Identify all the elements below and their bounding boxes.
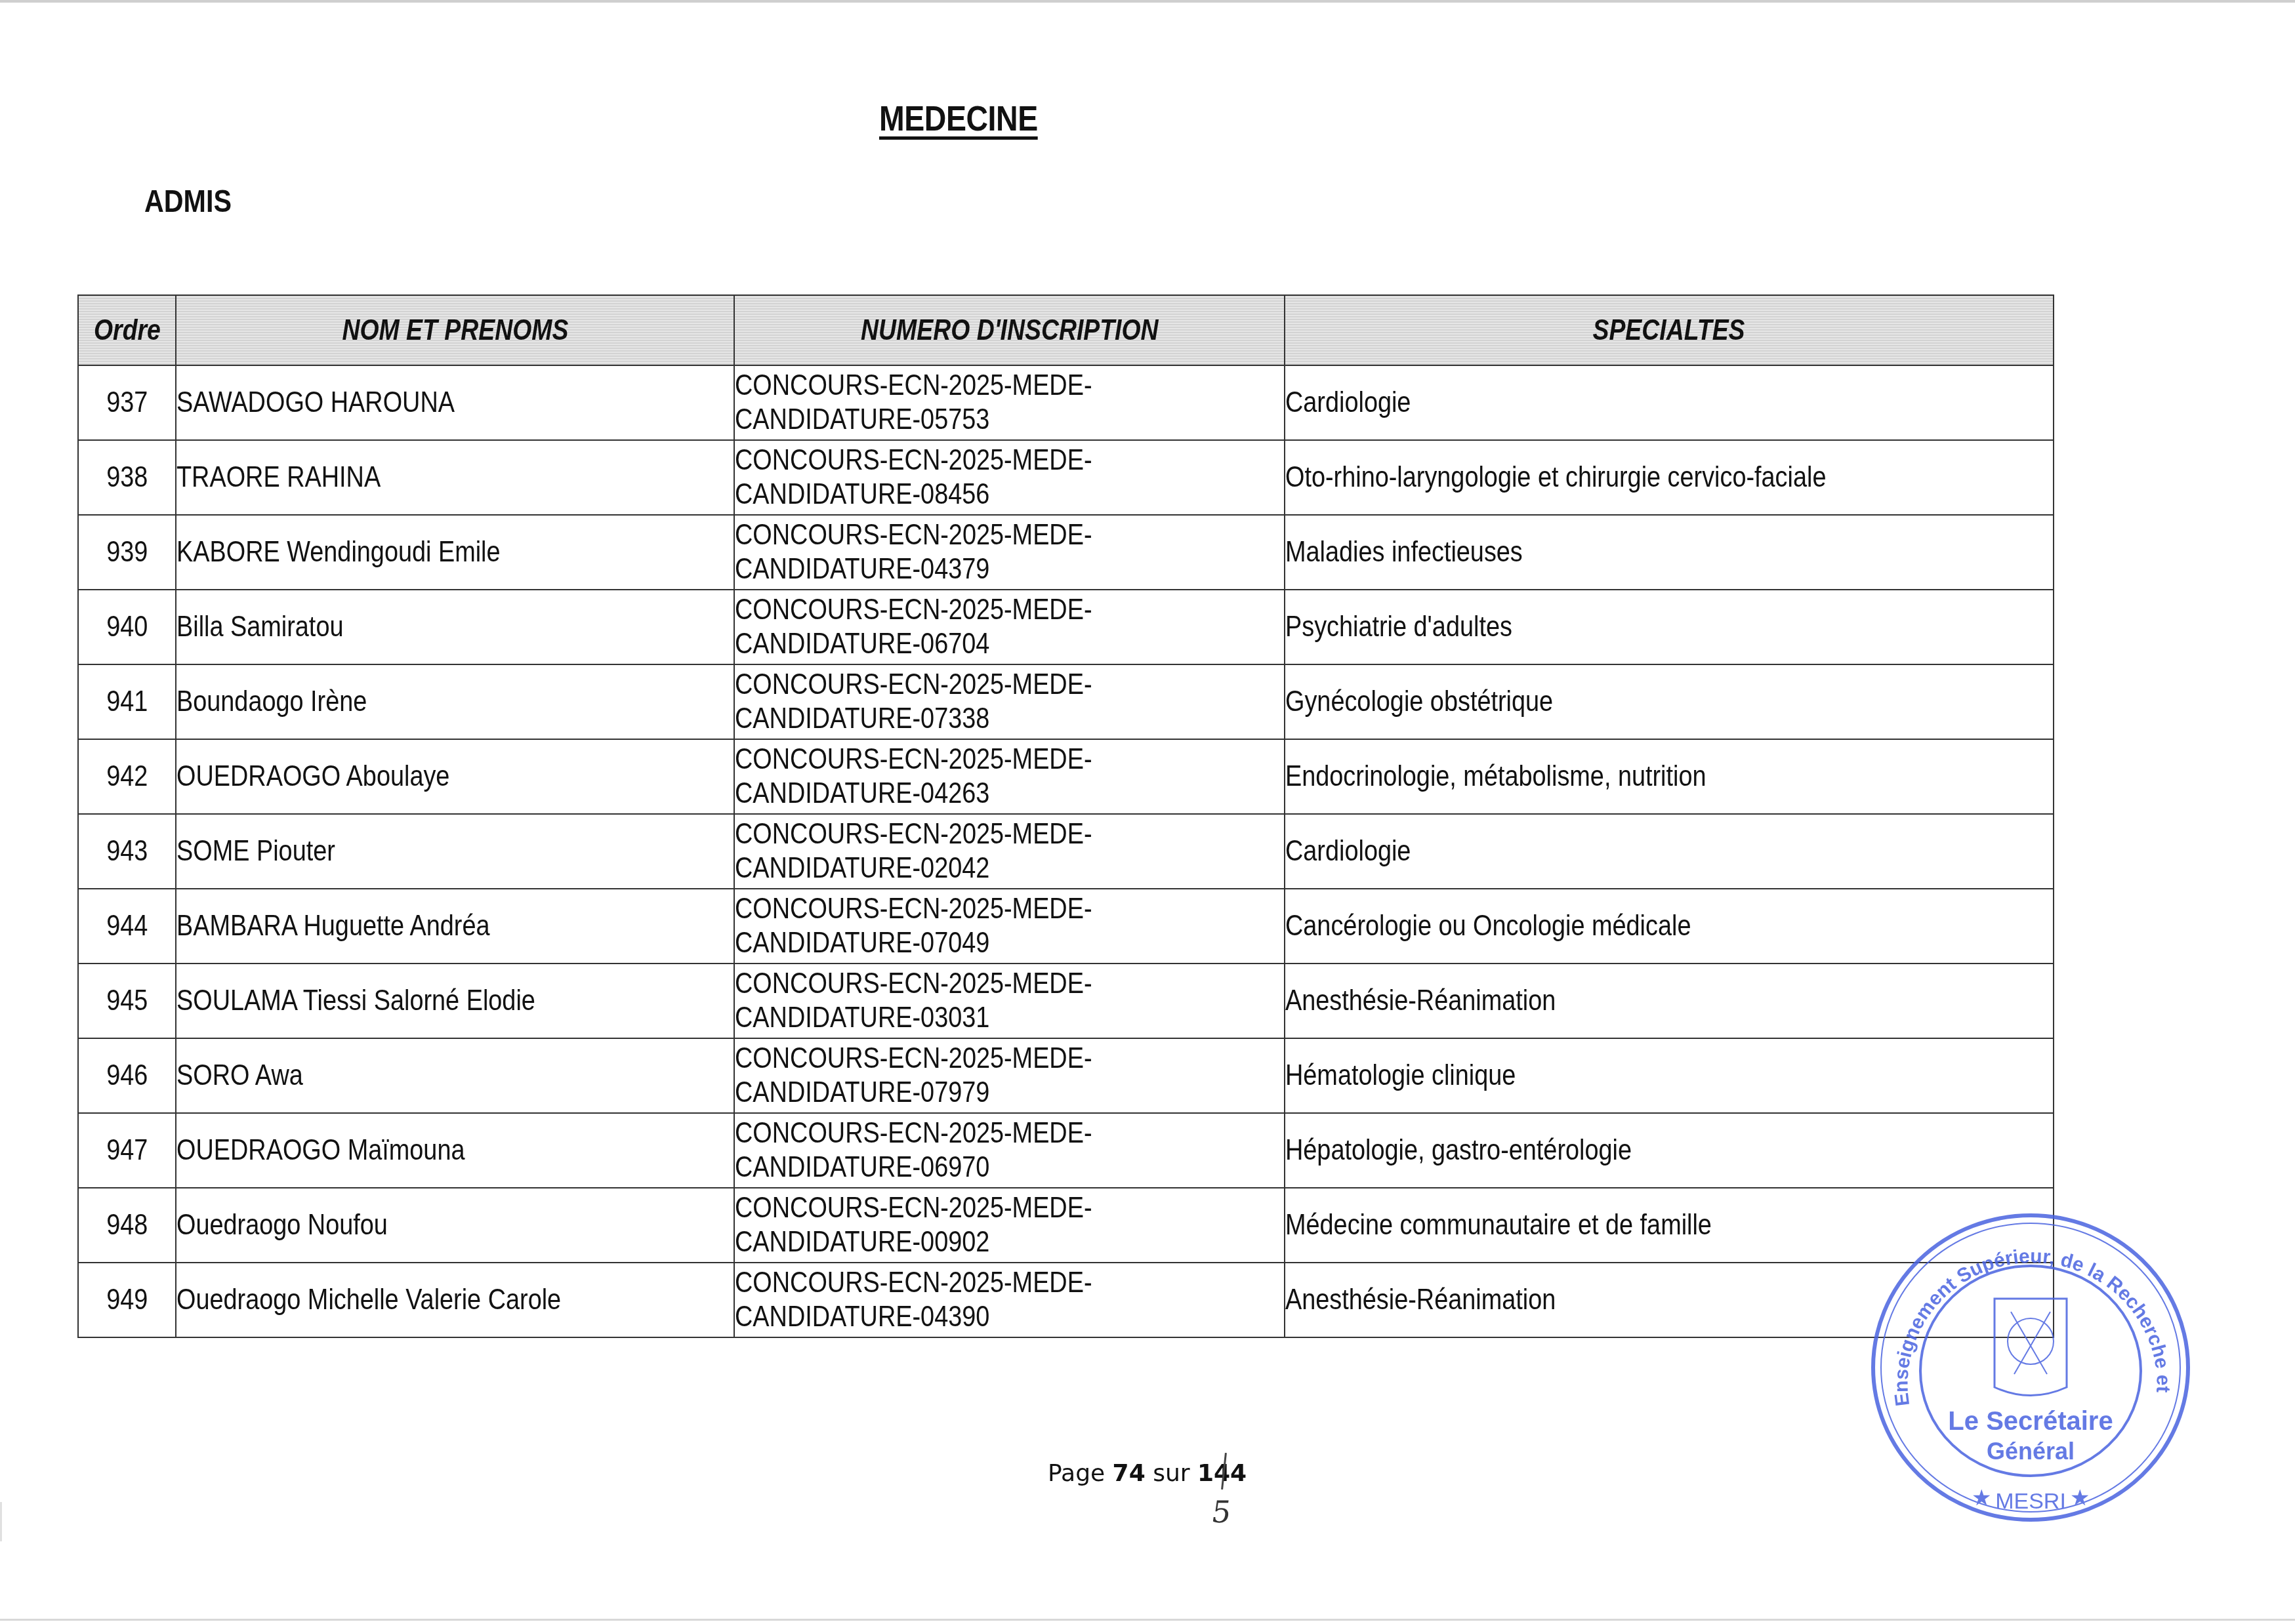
- cell-numero: CONCOURS-ECN-2025-MEDE-CANDIDATURE-04263: [734, 739, 1285, 814]
- cell-numero: CONCOURS-ECN-2025-MEDE-CANDIDATURE-00902: [734, 1188, 1285, 1263]
- scan-top-edge: [0, 0, 2295, 3]
- cell-specialite: Psychiatrie d'adultes: [1285, 590, 2054, 664]
- cell-nom: OUEDRAOGO Maïmouna: [176, 1113, 734, 1188]
- cell-specialite: Hépatologie, gastro-entérologie: [1285, 1113, 2054, 1188]
- cell-nom: BAMBARA Huguette Andréa: [176, 889, 734, 964]
- cell-nom: SORO Awa: [176, 1038, 734, 1113]
- cell-ordre: 942: [78, 739, 176, 814]
- cell-specialite: Cancérologie ou Oncologie médicale: [1285, 889, 2054, 964]
- table-row: 947OUEDRAOGO MaïmounaCONCOURS-ECN-2025-M…: [78, 1113, 2054, 1188]
- official-stamp-icon: Ministère de l'Enseignement Supérieur, d…: [1863, 1207, 2198, 1528]
- cell-numero: CONCOURS-ECN-2025-MEDE-CANDIDATURE-02042: [734, 814, 1285, 889]
- svg-text:★: ★: [2070, 1486, 2090, 1511]
- table-row: 944BAMBARA Huguette AndréaCONCOURS-ECN-2…: [78, 889, 2054, 964]
- cell-specialite: Cardiologie: [1285, 814, 2054, 889]
- cell-specialite: Hématologie clinique: [1285, 1038, 2054, 1113]
- svg-text:Le Secrétaire: Le Secrétaire: [1948, 1407, 2113, 1436]
- scan-left-mark: [0, 1502, 2, 1541]
- cell-numero: CONCOURS-ECN-2025-MEDE-CANDIDATURE-06970: [734, 1113, 1285, 1188]
- cell-numero: CONCOURS-ECN-2025-MEDE-CANDIDATURE-04379: [734, 515, 1285, 590]
- cell-specialite: Maladies infectieuses: [1285, 515, 2054, 590]
- cell-nom: OUEDRAOGO Aboulaye: [176, 739, 734, 814]
- cell-numero: CONCOURS-ECN-2025-MEDE-CANDIDATURE-07979: [734, 1038, 1285, 1113]
- table-row: 937SAWADOGO HAROUNACONCOURS-ECN-2025-MED…: [78, 365, 2054, 440]
- cell-specialite: Anesthésie-Réanimation: [1285, 964, 2054, 1038]
- results-table: Ordre NOM ET PRENOMS NUMERO D'INSCRIPTIO…: [77, 294, 2054, 1338]
- cell-ordre: 948: [78, 1188, 176, 1263]
- cell-ordre: 937: [78, 365, 176, 440]
- table-row: 945SOULAMA Tiessi Salorné ElodieCONCOURS…: [78, 964, 2054, 1038]
- table-row: 941Boundaogo IrèneCONCOURS-ECN-2025-MEDE…: [78, 664, 2054, 739]
- cell-ordre: 941: [78, 664, 176, 739]
- page-number: Page 74 sur 144: [1048, 1460, 1247, 1487]
- document-title: MEDECINE: [879, 98, 1038, 139]
- cell-nom: TRAORE RAHINA: [176, 440, 734, 515]
- table-body: 937SAWADOGO HAROUNACONCOURS-ECN-2025-MED…: [78, 365, 2054, 1337]
- header-nom: NOM ET PRENOMS: [176, 295, 734, 365]
- cell-ordre: 940: [78, 590, 176, 664]
- cell-nom: KABORE Wendingoudi Emile: [176, 515, 734, 590]
- table-header-row: Ordre NOM ET PRENOMS NUMERO D'INSCRIPTIO…: [78, 295, 2054, 365]
- cell-ordre: 945: [78, 964, 176, 1038]
- cell-numero: CONCOURS-ECN-2025-MEDE-CANDIDATURE-06704: [734, 590, 1285, 664]
- cell-ordre: 949: [78, 1263, 176, 1337]
- header-numero: NUMERO D'INSCRIPTION: [734, 295, 1285, 365]
- cell-numero: CONCOURS-ECN-2025-MEDE-CANDIDATURE-08456: [734, 440, 1285, 515]
- scan-bottom-edge: [0, 1619, 2295, 1621]
- svg-text:MESRI: MESRI: [1995, 1489, 2066, 1514]
- cell-nom: SOULAMA Tiessi Salorné Elodie: [176, 964, 734, 1038]
- cell-ordre: 946: [78, 1038, 176, 1113]
- svg-text:★: ★: [1972, 1486, 1991, 1511]
- svg-text:Général: Général: [1987, 1438, 2075, 1465]
- cell-specialite: Cardiologie: [1285, 365, 2054, 440]
- table-row: 942OUEDRAOGO AboulayeCONCOURS-ECN-2025-M…: [78, 739, 2054, 814]
- svg-text:Ministère de l'Enseignement Su: Ministère de l'Enseignement Supérieur, d…: [1863, 1207, 2174, 1408]
- cell-nom: SAWADOGO HAROUNA: [176, 365, 734, 440]
- table-row: 940Billa SamiratouCONCOURS-ECN-2025-MEDE…: [78, 590, 2054, 664]
- table-row: 949Ouedraogo Michelle Valerie CaroleCONC…: [78, 1263, 2054, 1337]
- cell-ordre: 944: [78, 889, 176, 964]
- header-specialites: SPECIALTES: [1285, 295, 2054, 365]
- cell-numero: CONCOURS-ECN-2025-MEDE-CANDIDATURE-03031: [734, 964, 1285, 1038]
- cell-specialite: Endocrinologie, métabolisme, nutrition: [1285, 739, 2054, 814]
- cell-nom: Boundaogo Irène: [176, 664, 734, 739]
- cell-specialite: Oto-rhino-laryngologie et chirurgie cerv…: [1285, 440, 2054, 515]
- table-row: 943SOME PiouterCONCOURS-ECN-2025-MEDE-CA…: [78, 814, 2054, 889]
- cell-numero: CONCOURS-ECN-2025-MEDE-CANDIDATURE-05753: [734, 365, 1285, 440]
- section-label: ADMIS: [144, 184, 232, 220]
- handwritten-correction: 5: [1209, 1494, 1233, 1530]
- cell-numero: CONCOURS-ECN-2025-MEDE-CANDIDATURE-07338: [734, 664, 1285, 739]
- cell-ordre: 947: [78, 1113, 176, 1188]
- table-row: 948Ouedraogo NoufouCONCOURS-ECN-2025-MED…: [78, 1188, 2054, 1263]
- cell-numero: CONCOURS-ECN-2025-MEDE-CANDIDATURE-04390: [734, 1263, 1285, 1337]
- cell-nom: Ouedraogo Noufou: [176, 1188, 734, 1263]
- cell-ordre: 943: [78, 814, 176, 889]
- table-row: 939KABORE Wendingoudi EmileCONCOURS-ECN-…: [78, 515, 2054, 590]
- table-row: 946SORO AwaCONCOURS-ECN-2025-MEDE-CANDID…: [78, 1038, 2054, 1113]
- cell-specialite: Gynécologie obstétrique: [1285, 664, 2054, 739]
- cell-ordre: 939: [78, 515, 176, 590]
- cell-nom: Billa Samiratou: [176, 590, 734, 664]
- cell-nom: SOME Piouter: [176, 814, 734, 889]
- cell-nom: Ouedraogo Michelle Valerie Carole: [176, 1263, 734, 1337]
- table-row: 938TRAORE RAHINACONCOURS-ECN-2025-MEDE-C…: [78, 440, 2054, 515]
- header-ordre: Ordre: [78, 295, 176, 365]
- cell-ordre: 938: [78, 440, 176, 515]
- cell-numero: CONCOURS-ECN-2025-MEDE-CANDIDATURE-07049: [734, 889, 1285, 964]
